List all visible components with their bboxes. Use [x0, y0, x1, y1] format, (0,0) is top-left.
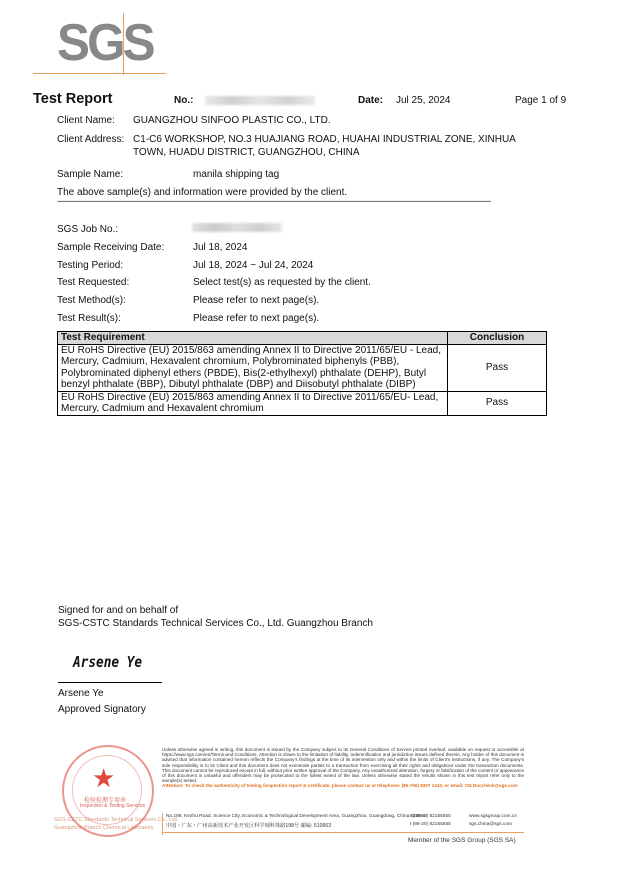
signed-behalf-line1: Signed for and on behalf of — [58, 605, 178, 616]
test-result-value: Please refer to next page(s). — [193, 313, 319, 324]
dashed-separator: ----------------------------------------… — [57, 197, 548, 205]
test-result-label: Test Result(s): — [57, 313, 121, 324]
header-test-requirement: Test Requirement — [58, 332, 448, 345]
client-name: GUANGZHOU SINFOO PLASTIC CO., LTD. — [133, 115, 331, 126]
sgs-logo: SGS — [57, 12, 153, 74]
report-number-label: No.: — [174, 95, 193, 106]
telephone-1: t (86-20) 82155555 — [410, 814, 451, 819]
job-no-label: SGS Job No.: — [57, 224, 118, 235]
job-no-redacted — [192, 223, 282, 232]
client-name-label: Client Name: — [57, 115, 115, 126]
signed-behalf-line2: SGS-CSTC Standards Technical Services Co… — [58, 618, 373, 629]
table-row: EU RoHS Directive (EU) 2015/863 amending… — [58, 344, 547, 391]
member-of-sgs: Member of the SGS Group (SGS SA) — [408, 837, 516, 844]
test-method-label: Test Method(s): — [57, 295, 126, 306]
signatory-name: Arsene Ye — [58, 688, 104, 699]
client-address-line1: C1-C6 WORKSHOP, NO.3 HUAJIANG ROAD, HUAH… — [133, 134, 516, 145]
testing-period-value: Jul 18, 2024 ~ Jul 24, 2024 — [193, 260, 313, 271]
page-indicator: Page 1 of 9 — [515, 95, 566, 106]
report-number-redacted — [205, 96, 315, 105]
table-header-row: Test Requirement Conclusion — [58, 332, 547, 345]
client-address-line2: TOWN, HUADU DISTRICT, GUANGZHOU, CHINA — [133, 147, 359, 158]
handwritten-signature: Arsene Ye — [73, 653, 142, 671]
signatory-title: Approved Signatory — [58, 704, 146, 715]
test-requested-value: Select test(s) as requested by the clien… — [193, 277, 371, 288]
email-link[interactable]: sgs.china@sgs.com — [469, 822, 512, 827]
telephone-2: t (86-20) 82155555 — [410, 822, 451, 827]
conclusion-cell: Pass — [448, 391, 547, 415]
logo-accent-vertical — [123, 13, 124, 75]
table-row: EU RoHS Directive (EU) 2015/863 amending… — [58, 391, 547, 415]
header-conclusion: Conclusion — [448, 332, 547, 345]
requirement-cell: EU RoHS Directive (EU) 2015/863 amending… — [58, 391, 448, 415]
fine-print-part2: . Attention is drawn to the limitation o… — [162, 752, 524, 783]
lab-name-line2: Guangzhou Branch Chemical Laboratory — [54, 824, 178, 832]
address-english: No.198, Kezhu Road, Science City, Econom… — [166, 814, 427, 819]
test-method-value: Please refer to next page(s). — [193, 295, 319, 306]
receiving-date-value: Jul 18, 2024 — [193, 242, 248, 253]
test-requirement-table: Test Requirement Conclusion EU RoHS Dire… — [57, 331, 547, 416]
client-address-label: Client Address: — [57, 134, 124, 145]
terms-fine-print: Unless otherwise agreed in writing, this… — [162, 747, 524, 789]
stamp-english-text: Inspection & Testing Services — [80, 803, 145, 809]
star-icon: ★ — [92, 765, 115, 791]
lab-name: SGS-CSTC Standards Technical Services Co… — [54, 816, 178, 832]
requirement-cell: EU RoHS Directive (EU) 2015/863 amending… — [58, 344, 448, 391]
lab-name-line1: SGS-CSTC Standards Technical Services Co… — [54, 816, 178, 824]
testing-period-label: Testing Period: — [57, 260, 123, 271]
receiving-date-label: Sample Receiving Date: — [57, 242, 164, 253]
sample-name: manila shipping tag — [193, 169, 279, 180]
sample-name-label: Sample Name: — [57, 169, 123, 180]
address-chinese: 中国・广东・广州高新技术产业开发区科学城科珠路198号 邮编: 510663 — [166, 822, 331, 829]
date-label: Date: — [358, 95, 383, 106]
website-link[interactable]: www.sgsgroup.com.cn — [469, 814, 517, 819]
signature-line — [58, 682, 162, 683]
logo-accent-horizontal — [33, 73, 166, 74]
authenticity-attention: Attention: To check the authenticity of … — [162, 783, 524, 788]
conclusion-cell: Pass — [448, 344, 547, 391]
footer-divider — [162, 832, 524, 833]
report-title: Test Report — [33, 91, 113, 107]
date-value: Jul 25, 2024 — [396, 95, 451, 106]
test-requested-label: Test Requested: — [57, 277, 129, 288]
